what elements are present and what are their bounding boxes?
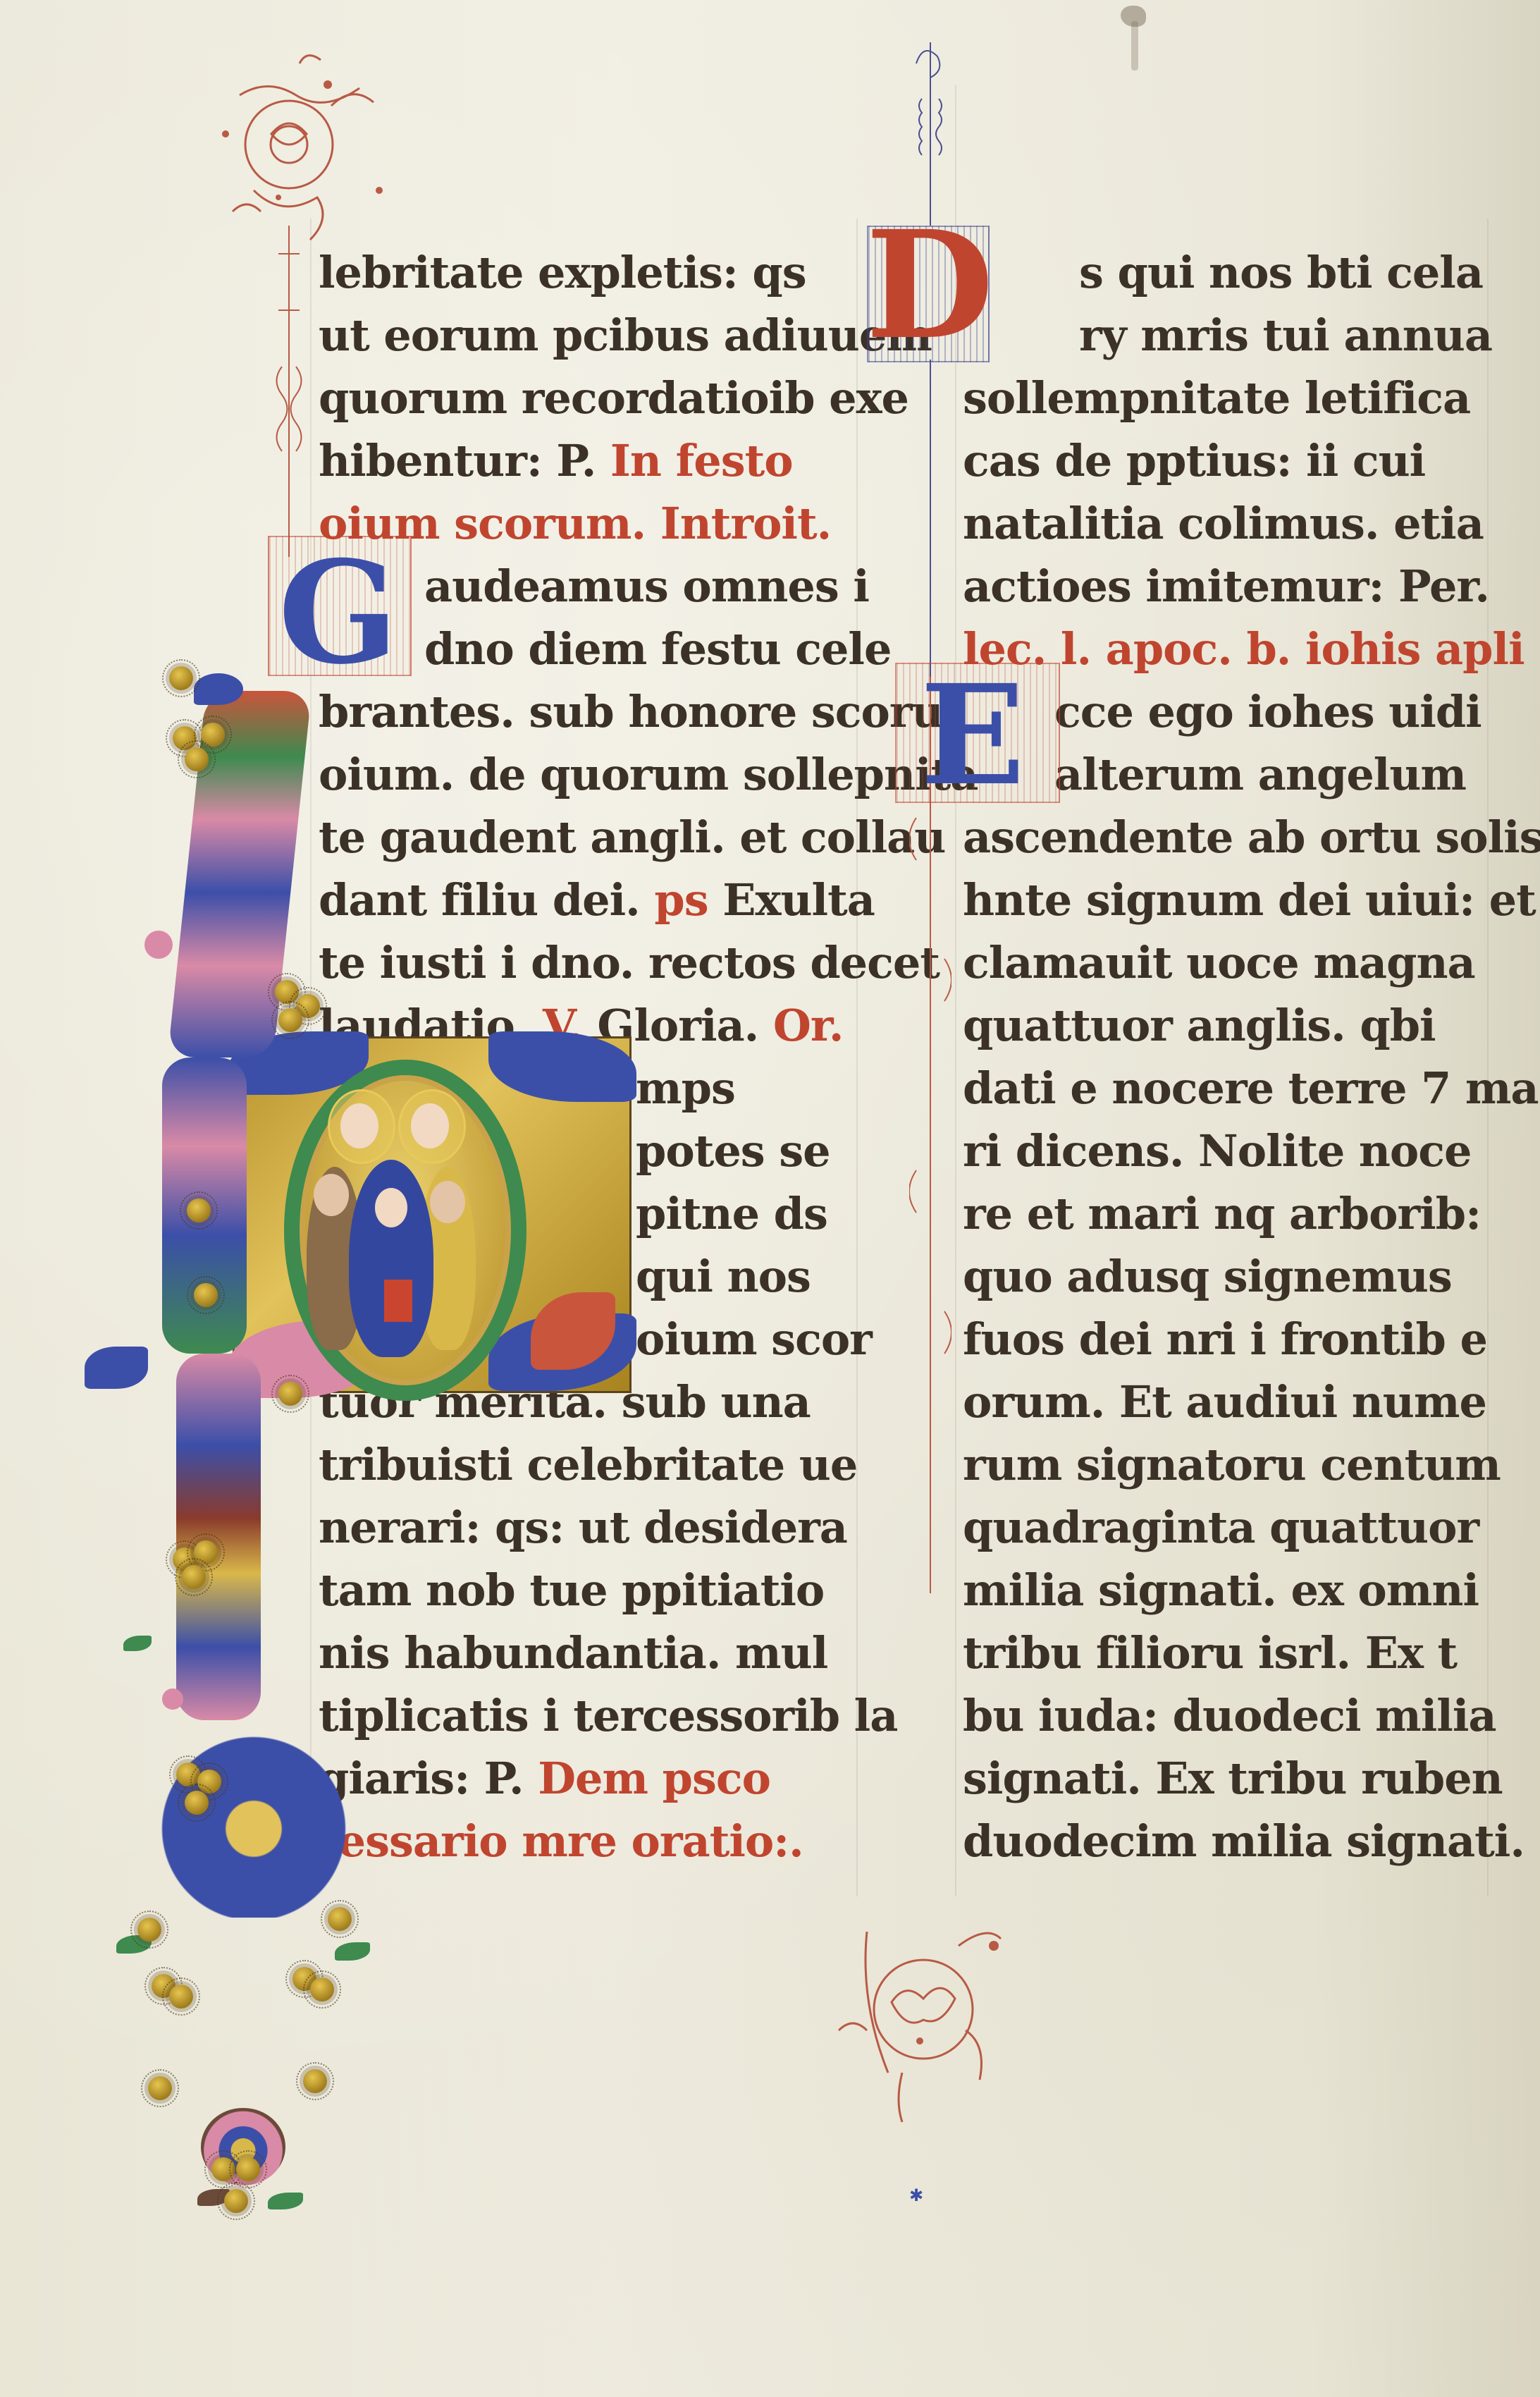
manuscript-page: lebritate expletis: qs ut eorum pcibus a… <box>0 0 1540 2397</box>
text-line: ry mris tui annua <box>1079 311 1492 360</box>
pink-fruit <box>144 931 173 959</box>
cornflower <box>85 1347 148 1389</box>
acanthus-border <box>176 1354 261 1720</box>
text-line: clamauit uoce magna <box>963 938 1475 988</box>
text-line: fuos dei nri i frontib e <box>963 1315 1487 1364</box>
initial-e: E <box>892 666 1054 804</box>
red-book <box>384 1280 412 1322</box>
text-line: cas de pptius: ii cui <box>963 436 1425 486</box>
text-line: te gaudent angli. et collau <box>319 813 945 862</box>
saint-face <box>411 1103 449 1148</box>
text-line: actioes imitemur: Per. <box>963 562 1489 611</box>
text-line: potes se <box>636 1127 830 1176</box>
text-line: te iusti i dno. rectos decet <box>319 938 940 988</box>
text-line: signati. Ex tribu ruben <box>963 1754 1503 1803</box>
text-line: nis habundantia. mul <box>319 1629 827 1678</box>
ruling-left-col-right <box>856 219 858 1896</box>
text-line: dant filiu dei. ps Exulta <box>319 876 875 925</box>
green-leaf <box>268 2193 303 2209</box>
text-line: ri dicens. Nolite noce <box>963 1127 1472 1176</box>
red-rosette-flourish-icon <box>825 1889 1050 2129</box>
text-line: dno diem festu cele <box>424 625 891 674</box>
gold-bezant <box>310 1978 334 2001</box>
gold-bezant <box>303 2069 327 2093</box>
pink-fruit <box>162 1688 183 1710</box>
text-line: tiplicatis i tercessorib la <box>319 1691 897 1741</box>
gold-bezant <box>236 2157 260 2181</box>
gold-bezant <box>185 1791 209 1815</box>
gold-bezant <box>182 1565 206 1589</box>
rubric: ps <box>654 874 708 926</box>
rubric: Dem psco <box>538 1753 770 1804</box>
asterisk-mark: ✱ <box>909 2185 923 2205</box>
letter-o-ring <box>284 1060 526 1401</box>
text-line: oium. de quorum sollepnita <box>319 750 978 799</box>
text-line: alterum angelum <box>1054 750 1466 799</box>
text-line: ascendente ab ortu solis <box>963 813 1540 862</box>
acanthus-leaf <box>488 1031 636 1102</box>
blue-bud <box>194 673 243 705</box>
red-penwork-stem-icon <box>268 226 310 564</box>
text-line: orum. Et audiui nume <box>963 1378 1486 1427</box>
text-line: mps <box>636 1064 735 1113</box>
gold-bezant <box>187 1198 211 1222</box>
text-line: brantes. sub honore scoru <box>319 687 943 737</box>
text-line: re et mari nq arborib: <box>963 1189 1481 1239</box>
green-leaf <box>123 1636 152 1651</box>
rubric: In festo <box>610 435 793 486</box>
rubric: Or. <box>773 1000 844 1051</box>
text-line: natalitia colimus. etia <box>963 499 1484 548</box>
text-line: tam nob tue ppitiatio <box>319 1566 824 1615</box>
text-line: hnte signum dei uiui: et <box>963 876 1536 925</box>
gold-bezant <box>194 1283 218 1307</box>
acanthus-spray <box>148 1720 359 1918</box>
text-line: oium scor <box>636 1315 872 1364</box>
rubric-line: tessario mre oratio:. <box>319 1817 803 1866</box>
text-line: tribu filioru isrl. Ex t <box>963 1629 1457 1678</box>
gold-bezant <box>148 2076 172 2100</box>
virgin-face <box>375 1188 407 1227</box>
initial-g: G <box>261 543 416 684</box>
historiated-initial-o <box>233 1036 632 1393</box>
text-line: sollempnitate letifica <box>963 374 1470 423</box>
gold-bezant <box>137 1918 161 1942</box>
text-line: dati e nocere terre 7 ma <box>963 1064 1539 1113</box>
gold-bezant <box>169 666 193 690</box>
text-line: quorum recordatioib exe <box>319 374 908 423</box>
text-line: s qui nos bti cela <box>1079 248 1483 298</box>
gold-bezant <box>224 2189 248 2213</box>
text-line: quattuor anglis. qbi <box>963 1001 1436 1050</box>
text-line: lebritate expletis: qs <box>319 248 806 298</box>
text-line: quadraginta quattuor <box>963 1503 1479 1552</box>
text-line: cce ego iohes uidi <box>1054 687 1482 737</box>
gold-bezant <box>278 1382 302 1406</box>
apostle-face <box>430 1181 465 1223</box>
text-line: nerari: qs: ut desidera <box>319 1503 847 1552</box>
initial-d: D <box>866 211 992 360</box>
text-line: rum signatoru centum <box>963 1440 1501 1490</box>
text-line: audeamus omnes i <box>424 562 869 611</box>
text-line: giaris: P. Dem psco <box>319 1754 770 1803</box>
gold-bezant <box>185 747 209 771</box>
apostle-face <box>314 1174 349 1216</box>
gold-bezant <box>278 1008 302 1032</box>
text-line: hibentur: P. In festo <box>319 436 793 486</box>
text-line: ut eorum pcibus adiuuem <box>319 311 932 360</box>
gold-bezant <box>328 1907 352 1931</box>
text-line: pitne ds <box>636 1189 827 1239</box>
text-line: bu iuda: duodeci milia <box>963 1691 1496 1741</box>
gold-bezant <box>169 1985 193 2009</box>
saint-face <box>340 1103 378 1148</box>
text-line: milia signati. ex omni <box>963 1566 1479 1615</box>
text-line: qui nos <box>636 1252 811 1301</box>
text-line: quo adusq signemus <box>963 1252 1452 1301</box>
text-line: duodecim milia signati. <box>963 1817 1524 1866</box>
text-line: tribuisti celebritate ue <box>319 1440 857 1490</box>
